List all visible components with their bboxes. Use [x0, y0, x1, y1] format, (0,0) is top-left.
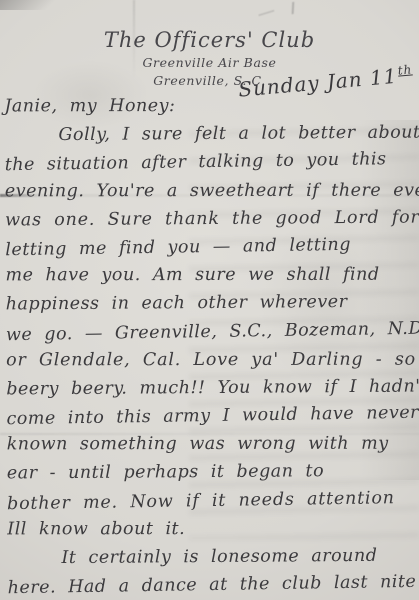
handwriting-line: here. Had a dance at the club last nite — [7, 568, 417, 600]
scan-edge-shadow — [0, 0, 70, 10]
handwriting-line: was one. Sure thank the good Lord for — [5, 203, 415, 234]
salutation: Janie, my Honey: — [4, 92, 414, 121]
faint-pencil-mark — [257, 0, 312, 18]
scanned-letter-page: The Officers' Club Greenville Air Base G… — [0, 0, 419, 600]
handwriting-line: known something was wrong with my — [7, 430, 417, 459]
handwriting-line: me have you. Am sure we shall find — [5, 261, 415, 290]
handwriting-line: or Glendale, Cal. Love ya' Darling - so — [6, 345, 416, 374]
handwriting-line: ear - until perhaps it began to — [7, 457, 417, 488]
handwriting-line: the situation after talking to you this — [5, 145, 415, 180]
date-ordinal: th — [397, 63, 413, 78]
handwriting-line: happiness in each other wherever — [6, 288, 416, 319]
handwriting-line: come into this army I would have never — [6, 399, 416, 434]
handwriting-line: evening. You're a sweetheart if there ev… — [5, 176, 415, 205]
letter-body: Janie, my Honey: Golly, I sure felt a lo… — [4, 91, 418, 600]
letterhead-club-name: The Officers' Club — [0, 28, 419, 52]
handwriting-line: we go. — Greenville, S.C., Bozeman, N.D. — [6, 314, 416, 349]
handwriting-line: Ill know about it. — [7, 514, 417, 543]
handwriting-line: letting me find you — and letting — [5, 230, 415, 265]
handwriting-line: bother me. Now if it needs attention — [7, 483, 417, 518]
